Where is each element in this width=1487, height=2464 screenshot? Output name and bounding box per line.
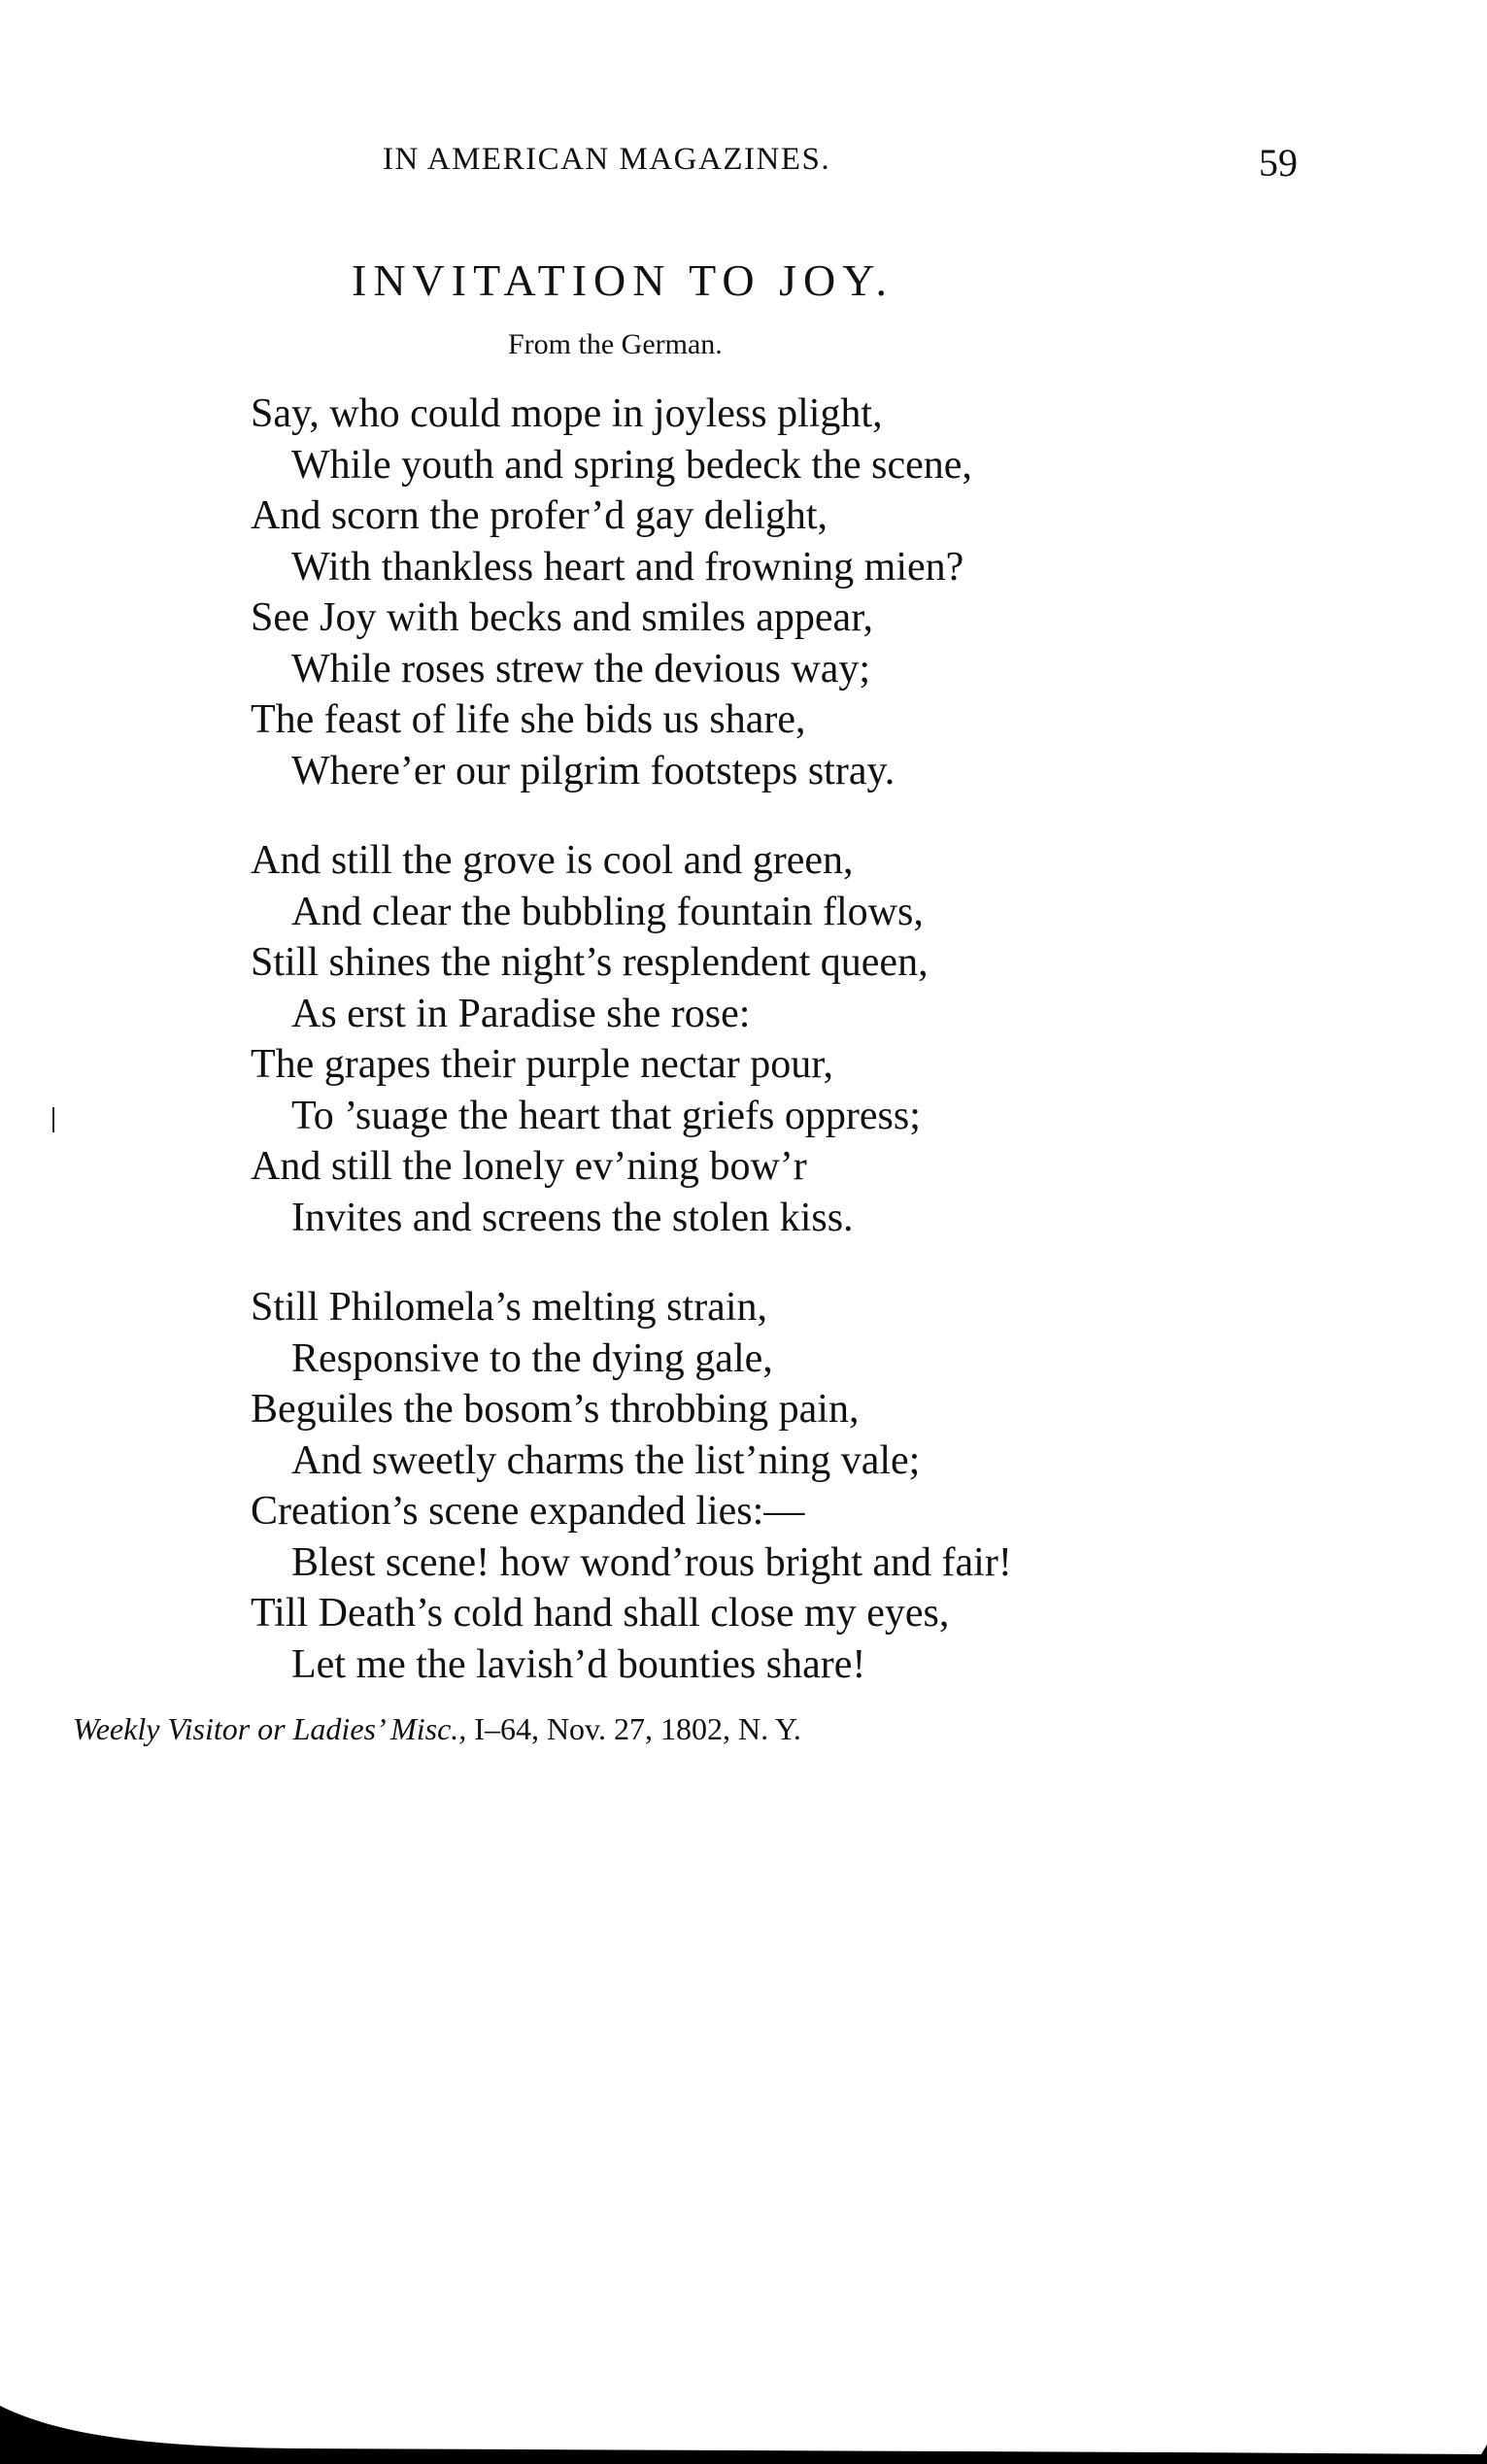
source-citation: Weekly Visitor or Ladies’ Misc., I–64, N… — [73, 1711, 801, 1747]
poem-line: Still Philomela’s melting strain, — [251, 1282, 1012, 1333]
stanza-3: Still Philomela’s melting strain, Respon… — [251, 1282, 1012, 1690]
poem-line: And still the lonely ev’ning bow’r — [251, 1141, 929, 1193]
poem-line: Let me the lavish’d bounties share! — [251, 1639, 1012, 1691]
poem-line: And still the grove is cool and green, — [251, 835, 929, 887]
poem-line: The grapes their purple nectar pour, — [251, 1039, 929, 1091]
poem-subtitle: From the German. — [508, 328, 723, 361]
poem-line: And clear the bubbling fountain flows, — [251, 887, 929, 938]
poem-line: And scorn the profer’d gay delight, — [251, 490, 972, 542]
poem-line: Creation’s scene expanded lies:— — [251, 1486, 1012, 1537]
poem-line: To ’suage the heart that griefs oppress; — [251, 1091, 929, 1142]
stanza-1: Say, who could mope in joyless plight, W… — [251, 388, 972, 796]
poem-line: While youth and spring bedeck the scene, — [251, 440, 972, 491]
poem-line: With thankless heart and frowning mien? — [251, 542, 972, 593]
stanza-2: And still the grove is cool and green, A… — [251, 835, 929, 1243]
citation-source: Weekly Visitor or Ladies’ Misc., — [73, 1711, 466, 1746]
citation-details: I–64, Nov. 27, 1802, N. Y. — [466, 1711, 801, 1746]
poem-line: See Joy with becks and smiles appear, — [251, 592, 972, 644]
poem-line: Beguiles the bosom’s throbbing pain, — [251, 1384, 1012, 1435]
poem-line: Blest scene! how wond’rous bright and fa… — [251, 1537, 1012, 1589]
poem-line: Say, who could mope in joyless plight, — [251, 388, 972, 440]
poem-line: While roses strew the devious way; — [251, 644, 972, 695]
poem-title: INVITATION TO JOY. — [352, 254, 894, 306]
poem-line: Where’er our pilgrim footsteps stray. — [251, 746, 972, 797]
poem-line: Invites and screens the stolen kiss. — [251, 1193, 929, 1244]
poem-line: And sweetly charms the list’ning vale; — [251, 1435, 1012, 1487]
poem-line: Responsive to the dying gale, — [251, 1333, 1012, 1385]
poem-line: As erst in Paradise she rose: — [251, 989, 929, 1040]
poem-line: Till Death’s cold hand shall close my ey… — [251, 1588, 1012, 1639]
page-number: 59 — [1259, 140, 1298, 186]
page-bottom-shadow — [0, 2406, 1487, 2464]
poem-line: The feast of life she bids us share, — [251, 694, 972, 746]
poem-line: Still shines the night’s resplendent que… — [251, 937, 929, 989]
running-head: IN AMERICAN MAGAZINES. — [383, 142, 830, 178]
margin-mark — [52, 1107, 54, 1132]
